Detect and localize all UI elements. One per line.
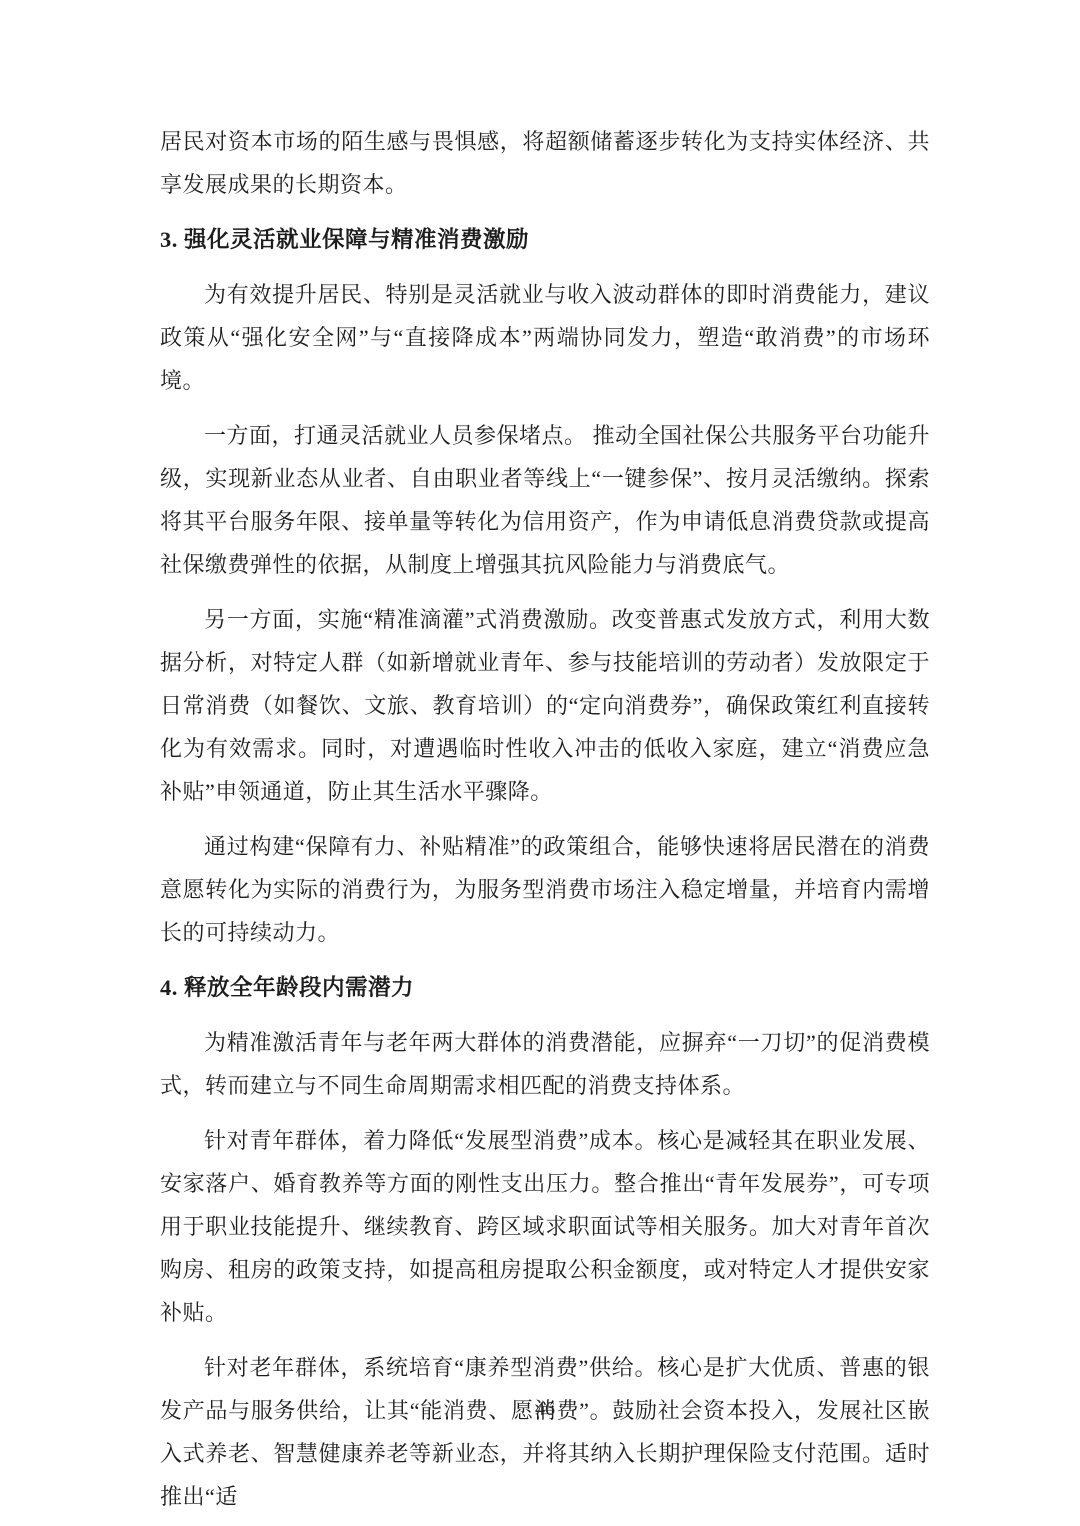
paragraph-continuation: 居民对资本市场的陌生感与畏惧感，将超额储蓄逐步转化为支持实体经济、共享发展成果的… (160, 120, 930, 206)
paragraph-flexible-employment-intro: 为有效提升居民、特别是灵活就业与收入波动群体的即时消费能力，建议政策从“强化安全… (160, 273, 930, 402)
section-heading-4: 4. 释放全年龄段内需潜力 (160, 966, 930, 1009)
section-heading-3: 3. 强化灵活就业保障与精准消费激励 (160, 218, 930, 261)
paragraph-youth-group: 针对青年群体，着力降低“发展型消费”成本。核心是减轻其在职业发展、安家落户、婚育… (160, 1119, 930, 1334)
document-page: 居民对资本市场的陌生感与畏惧感，将超额储蓄逐步转化为支持实体经济、共享发展成果的… (0, 0, 1080, 1526)
paragraph-elderly-group: 针对老年群体，系统培育“康养型消费”供给。核心是扩大优质、普惠的银发产品与服务供… (160, 1346, 930, 1518)
paragraph-all-age-demand-intro: 为精准激活青年与老年两大群体的消费潜能，应摒弃“一刀切”的促消费模式，转而建立与… (160, 1021, 930, 1107)
page-content: 居民对资本市场的陌生感与畏惧感，将超额储蓄逐步转化为支持实体经济、共享发展成果的… (160, 120, 930, 1526)
paragraph-targeted-consumption-incentives: 另一方面，实施“精准滴灌”式消费激励。改变普惠式发放方式，利用大数据分析，对特定… (160, 598, 930, 813)
paragraph-social-insurance-access: 一方面，打通灵活就业人员参保堵点。 推动全国社保公共服务平台功能升级，实现新业态… (160, 414, 930, 586)
paragraph-policy-combination-summary: 通过构建“保障有力、补贴精准”的政策组合，能够快速将居民潜在的消费意愿转化为实际… (160, 825, 930, 954)
page-number: 46 (160, 1398, 930, 1421)
